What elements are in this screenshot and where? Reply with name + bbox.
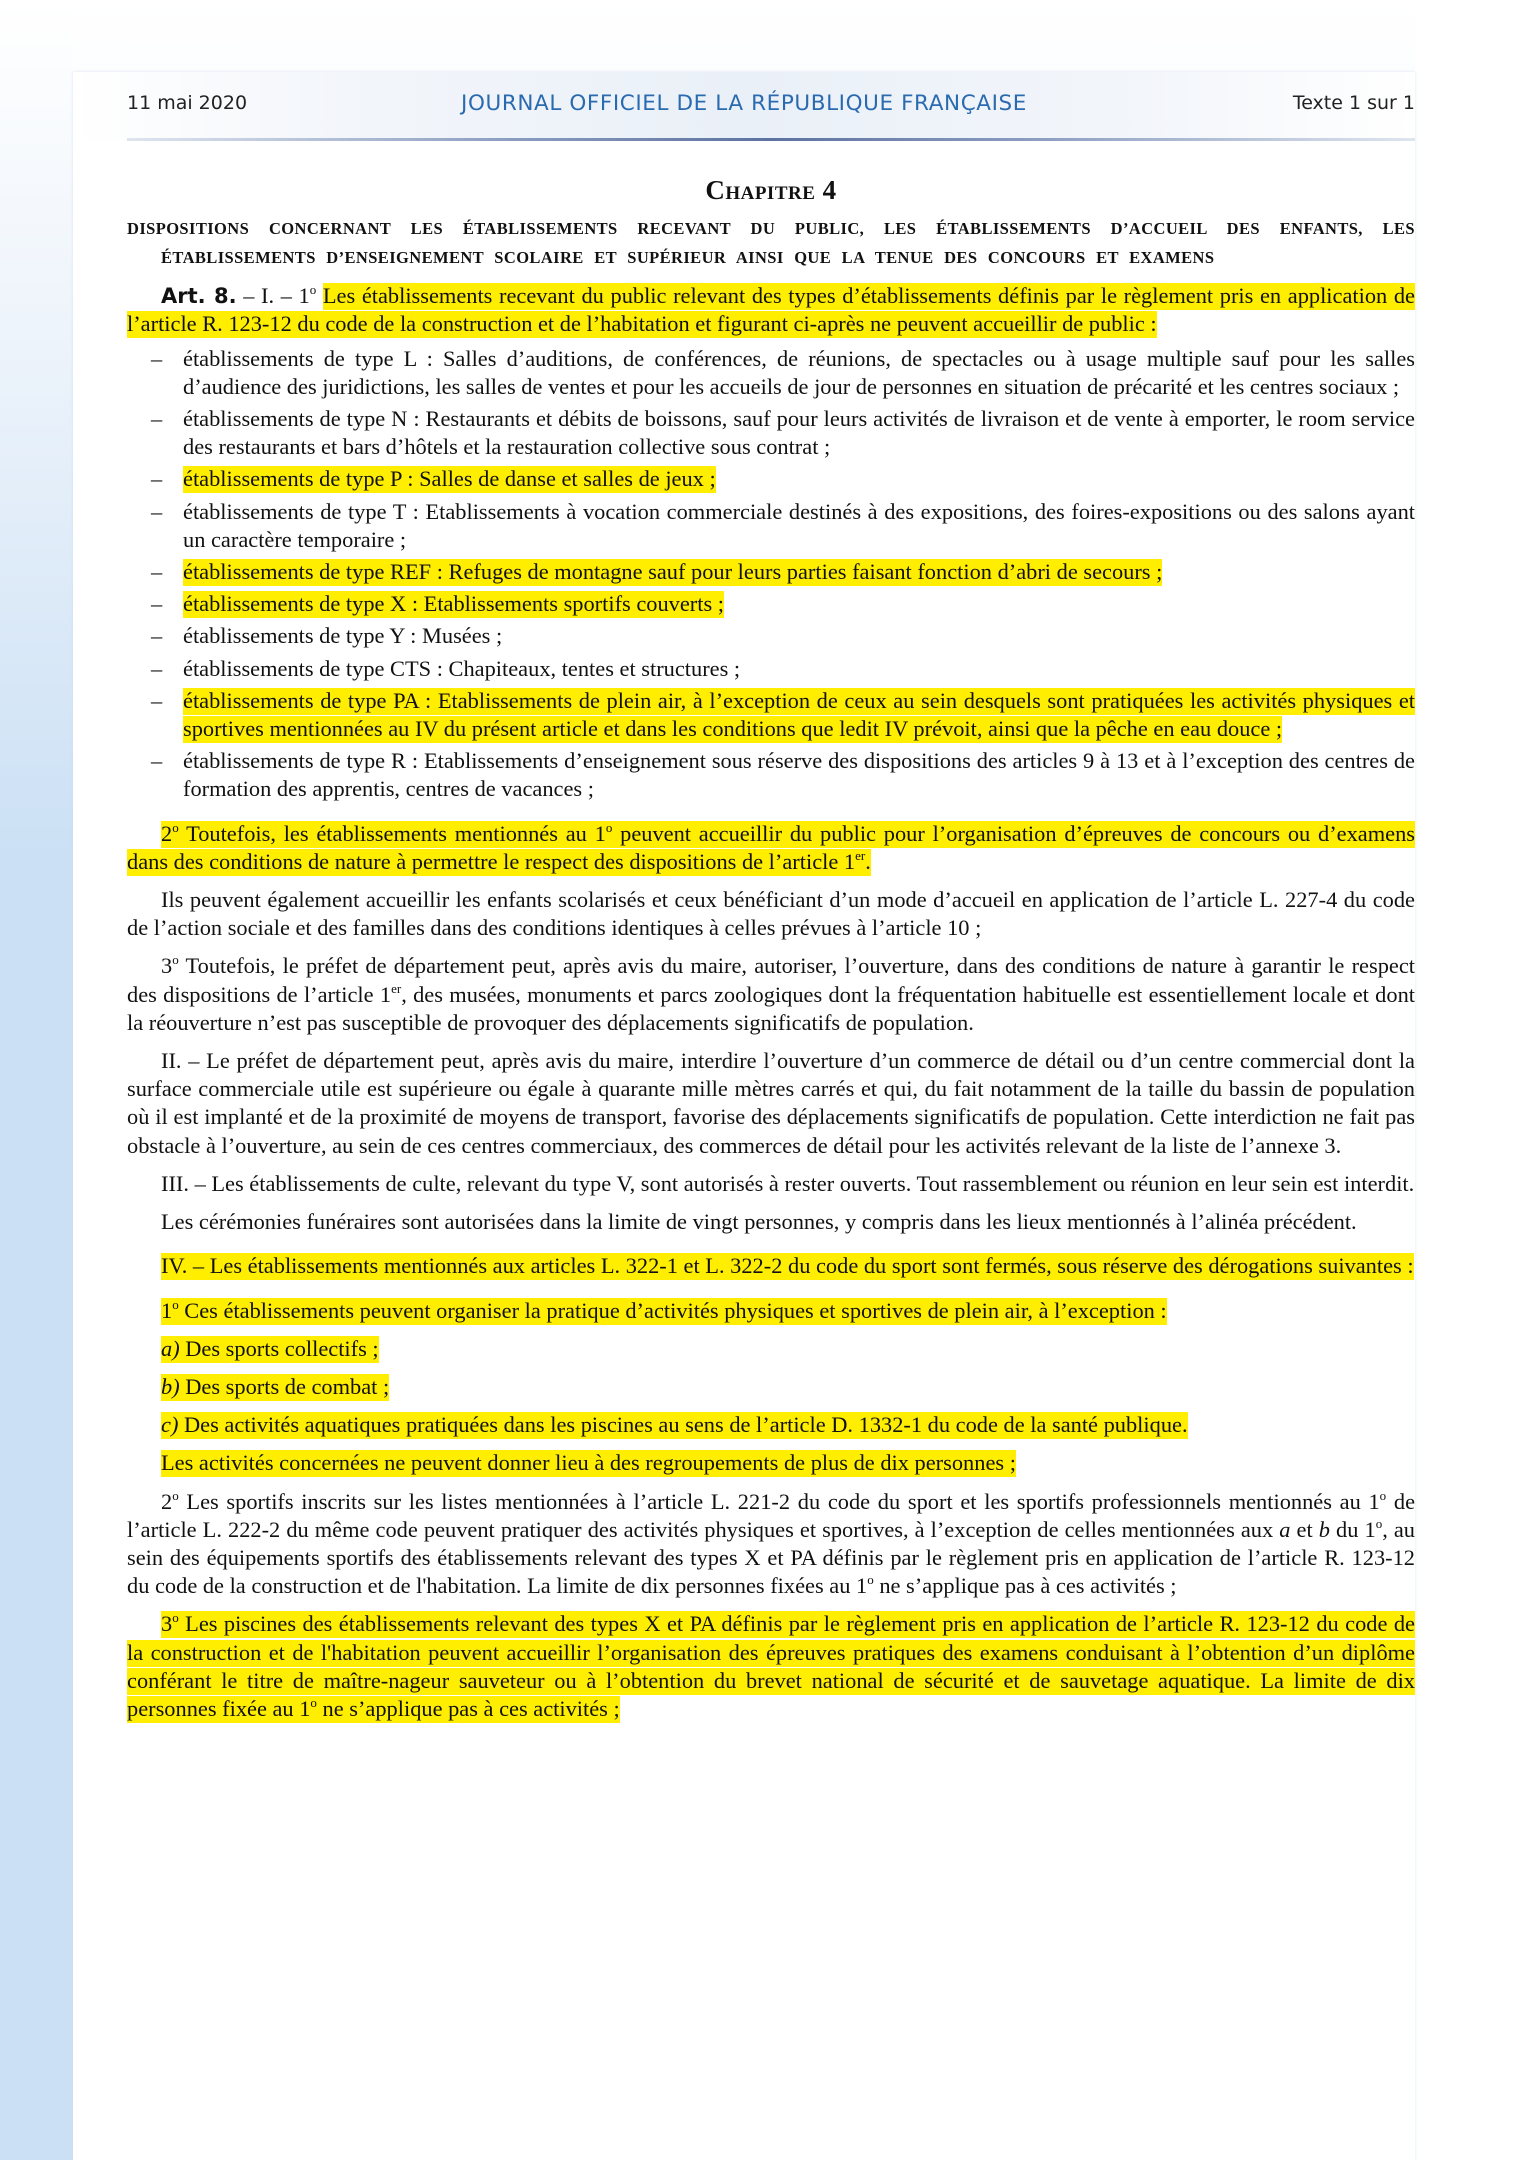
section-iv: IV. – Les établissements mentionnés aux … bbox=[127, 1252, 1415, 1280]
highlighted-text: 3o Les piscines des établissements relev… bbox=[127, 1611, 1415, 1723]
section-ii: II. – Le préfet de département peut, apr… bbox=[127, 1047, 1415, 1160]
section-iv-item-c: c) Des activités aquatiques pratiquées d… bbox=[127, 1411, 1415, 1439]
highlighted-text: IV. – Les établissements mentionnés aux … bbox=[161, 1253, 1414, 1280]
page-header: 11 mai 2020 JOURNAL OFFICIEL DE LA RÉPUB… bbox=[73, 72, 1415, 140]
list-item-type-ref: –établissements de type REF : Refuges de… bbox=[127, 558, 1415, 586]
highlighted-text: 2o Toutefois, les établissements mention… bbox=[127, 821, 1415, 876]
section-iii: III. – Les établissements de culte, rele… bbox=[127, 1170, 1415, 1198]
left-background-band bbox=[0, 0, 73, 2160]
highlighted-text: établissements de type PA : Etablissemen… bbox=[183, 688, 1415, 743]
list-item-type-y: –établissements de type Y : Musées ; bbox=[127, 622, 1415, 650]
paragraph-2b: Ils peuvent également accueillir les enf… bbox=[127, 886, 1415, 942]
list-item-type-cts: –établissements de type CTS : Chapiteaux… bbox=[127, 655, 1415, 683]
establishment-types-list: –établissements de type L : Salles d’aud… bbox=[127, 345, 1415, 804]
highlighted-text: Les établissements recevant du public re… bbox=[127, 283, 1415, 338]
section-iii-funerals: Les cérémonies funéraires sont autorisée… bbox=[127, 1208, 1415, 1236]
list-item-type-t: –établissements de type T : Etablissemen… bbox=[127, 498, 1415, 554]
highlighted-text: établissements de type REF : Refuges de … bbox=[183, 559, 1162, 586]
section-iv-2: 2o Les sportifs inscrits sur les listes … bbox=[127, 1488, 1415, 1601]
chapter-title: Chapitre 4 bbox=[127, 176, 1415, 204]
journal-title: JOURNAL OFFICIEL DE LA RÉPUBLIQUE FRANÇA… bbox=[73, 91, 1415, 116]
list-item-type-pa: –établissements de type PA : Etablisseme… bbox=[127, 687, 1415, 743]
paragraph-3: 3o Toutefois, le préfet de département p… bbox=[127, 952, 1415, 1037]
highlighted-text: c) Des activités aquatiques pratiquées d… bbox=[161, 1412, 1188, 1439]
section-number: I. – 1 bbox=[261, 283, 310, 308]
highlighted-text: Les activités concernées ne peuvent donn… bbox=[161, 1450, 1016, 1477]
article-label: Art. 8. bbox=[161, 284, 237, 308]
highlighted-text: b) Des sports de combat ; bbox=[161, 1374, 389, 1401]
page-counter: Texte 1 sur 1 bbox=[1293, 92, 1415, 114]
section-iv-3: 3o Les piscines des établissements relev… bbox=[127, 1610, 1415, 1723]
document-body: Chapitre 4 Dispositions concernant les é… bbox=[127, 176, 1415, 1723]
article-intro: Art. 8. – I. – 1o Les établissements rec… bbox=[127, 282, 1415, 338]
list-item-type-n: –établissements de type N : Restaurants … bbox=[127, 405, 1415, 461]
section-iv-limit: Les activités concernées ne peuvent donn… bbox=[127, 1449, 1415, 1477]
list-item-type-r: –établissements de type R : Etablissemen… bbox=[127, 747, 1415, 803]
highlighted-text: a) Des sports collectifs ; bbox=[161, 1336, 379, 1363]
list-item-type-p: –établissements de type P : Salles de da… bbox=[127, 465, 1415, 493]
highlighted-text: établissements de type P : Salles de dan… bbox=[183, 466, 716, 493]
header-divider bbox=[127, 138, 1415, 141]
highlighted-text: établissements de type X : Etablissement… bbox=[183, 591, 724, 618]
highlighted-text: 1o Ces établissements peuvent organiser … bbox=[161, 1298, 1167, 1325]
paragraph-2: 2o Toutefois, les établissements mention… bbox=[127, 820, 1415, 876]
section-iv-1: 1o Ces établissements peuvent organiser … bbox=[127, 1297, 1415, 1325]
document-page: 11 mai 2020 JOURNAL OFFICIEL DE LA RÉPUB… bbox=[73, 72, 1415, 2160]
right-background bbox=[1415, 0, 1527, 2160]
list-item-type-l: –établissements de type L : Salles d’aud… bbox=[127, 345, 1415, 401]
chapter-subtitle: Dispositions concernant les établissemen… bbox=[127, 214, 1415, 272]
list-item-type-x: –établissements de type X : Etablissemen… bbox=[127, 590, 1415, 618]
section-iv-item-b: b) Des sports de combat ; bbox=[127, 1373, 1415, 1401]
section-iv-item-a: a) Des sports collectifs ; bbox=[127, 1335, 1415, 1363]
